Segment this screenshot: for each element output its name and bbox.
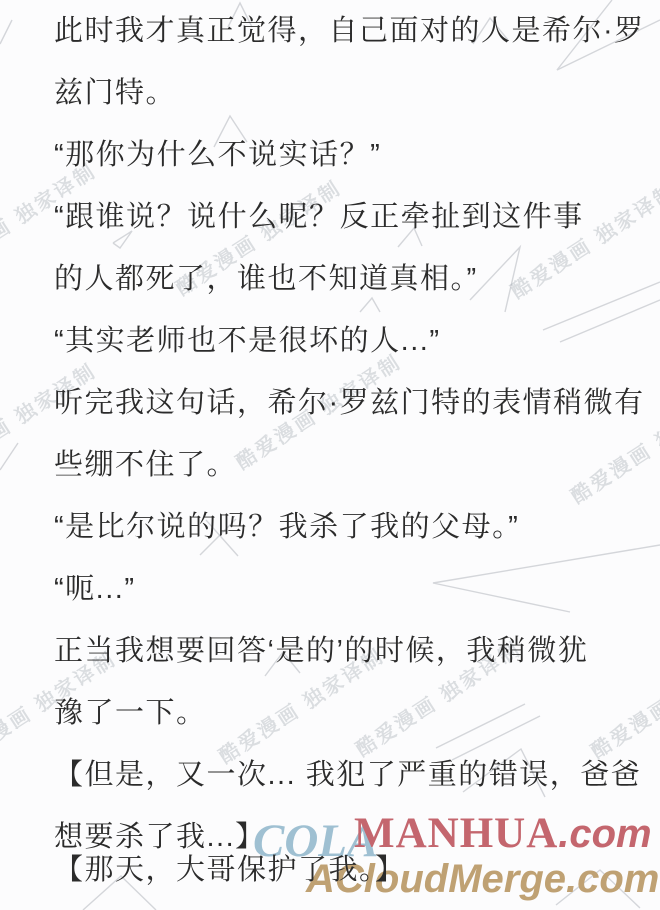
story-line: 的人都死了，谁也不知道真相。” bbox=[54, 256, 478, 297]
story-line: 【那天，大哥保护了我。】 bbox=[54, 847, 406, 888]
story-line: “呃...” bbox=[54, 566, 136, 607]
story-line: 【但是，又一次... 我犯了严重的错误，爸爸 bbox=[54, 752, 641, 793]
story-line: “那你为什么不说实话？” bbox=[54, 132, 381, 173]
story-line: 听完我这句话，希尔·罗兹门特的表情稍微有 bbox=[54, 380, 645, 421]
manhua-text-page: 酷爱漫画 独家译制 酷爱漫画 独家译制 酷爱漫画 独家译制 酷爱漫画 独家译制 … bbox=[0, 0, 660, 910]
story-line: “其实老师也不是很坏的人...” bbox=[54, 318, 441, 359]
story-line: 正当我想要回答‘是的’的时候，我稍微犹 bbox=[54, 628, 588, 669]
story-line: 豫了一下。 bbox=[54, 690, 207, 731]
story-line: “跟谁说？说什么呢？反正牵扯到这件事 bbox=[54, 194, 584, 235]
story-line: 兹门特。 bbox=[54, 70, 176, 111]
story-line: 此时我才真正觉得，自己面对的人是希尔·罗 bbox=[54, 8, 645, 49]
story-line: “是比尔说的吗？我杀了我的父母。” bbox=[54, 504, 519, 545]
story-line: 些绷不住了。 bbox=[54, 442, 237, 483]
story-text: 此时我才真正觉得，自己面对的人是希尔·罗 兹门特。 “那你为什么不说实话？” “… bbox=[0, 0, 660, 910]
